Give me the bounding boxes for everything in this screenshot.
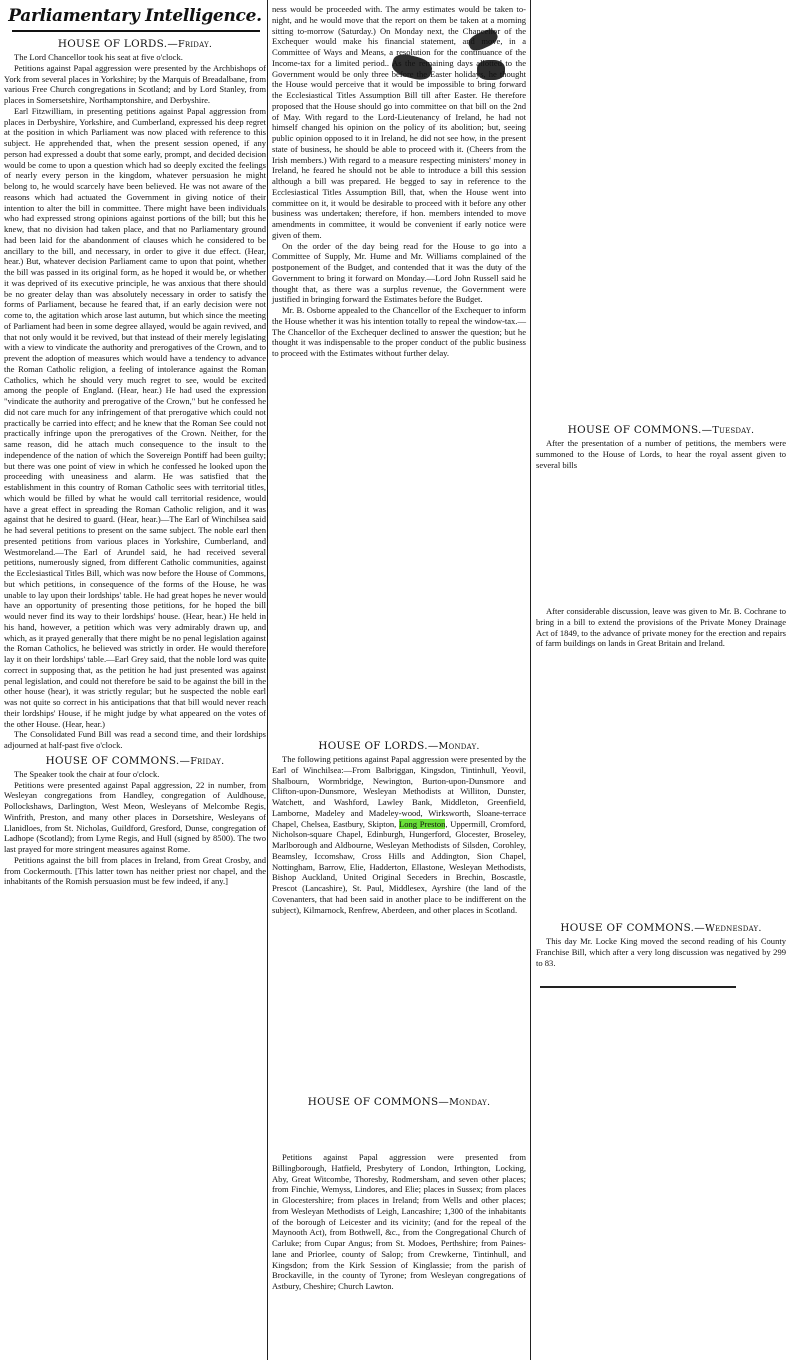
closing-rule: [540, 986, 736, 988]
section-commons-monday: HOUSE OF COMMONS—Monday. Petitions again…: [272, 1092, 526, 1292]
section-heading: HOUSE OF COMMONS—Monday.: [272, 1096, 526, 1108]
column-rule-1: [267, 0, 268, 1360]
paragraph: The Lord Chancellor took his seat at fiv…: [4, 52, 266, 63]
column-2: ness would be proceeded with. The army e…: [272, 4, 526, 359]
paragraph: Petitions against Papal aggression were …: [272, 1152, 526, 1292]
highlighted-text: Long Preston: [399, 819, 445, 829]
section-heading: HOUSE OF COMMONS.—Wednesday.: [536, 922, 786, 934]
paragraph: The Consolidated Fund Bill was read a se…: [4, 729, 266, 751]
masthead-rule: [12, 30, 260, 32]
masthead-title: Parliamentary Intelligence.: [4, 6, 266, 26]
paragraph: Mr. B. Osborne appealed to the Chancello…: [272, 305, 526, 359]
section-lords-friday: HOUSE OF LORDS.—Friday. The Lord Chancel…: [4, 38, 266, 751]
section-heading: HOUSE OF LORDS.—Monday.: [272, 740, 526, 752]
paragraph: The Speaker took the chair at four o'clo…: [4, 769, 266, 780]
paragraph: This day Mr. Locke King moved the second…: [536, 936, 786, 968]
section-heading: HOUSE OF COMMONS.—Friday.: [4, 755, 266, 767]
section-lords-monday: HOUSE OF LORDS.—Monday. The following pe…: [272, 736, 526, 915]
section-commons-wednesday: HOUSE OF COMMONS.—Wednesday. This day Mr…: [536, 918, 786, 968]
paragraph: Petitions against the bill from places i…: [4, 855, 266, 887]
paragraph: Petitions against Papal aggression were …: [4, 63, 266, 106]
paragraph: The following petitions against Papal ag…: [272, 754, 526, 915]
section-heading: HOUSE OF COMMONS.—Tuesday.: [536, 424, 786, 436]
paragraph: Earl Fitzwilliam, in presenting petition…: [4, 106, 266, 730]
paragraph: After considerable discussion, leave was…: [536, 606, 786, 649]
section-commons-friday: HOUSE OF COMMONS.—Friday. The Speaker to…: [4, 755, 266, 887]
paragraph: On the order of the day being read for t…: [272, 241, 526, 306]
column-rule-2: [530, 0, 531, 1360]
section-heading: HOUSE OF LORDS.—Friday.: [4, 38, 266, 50]
paragraph: Petitions were presented against Papal a…: [4, 780, 266, 855]
ink-blot: [477, 60, 505, 80]
section-commons-tuesday-continued: After considerable discussion, leave was…: [536, 606, 786, 649]
column-1: Parliamentary Intelligence. HOUSE OF LOR…: [4, 0, 266, 887]
paragraph: After the presentation of a number of pe…: [536, 438, 786, 470]
section-commons-tuesday: HOUSE OF COMMONS.—Tuesday. After the pre…: [536, 420, 786, 470]
